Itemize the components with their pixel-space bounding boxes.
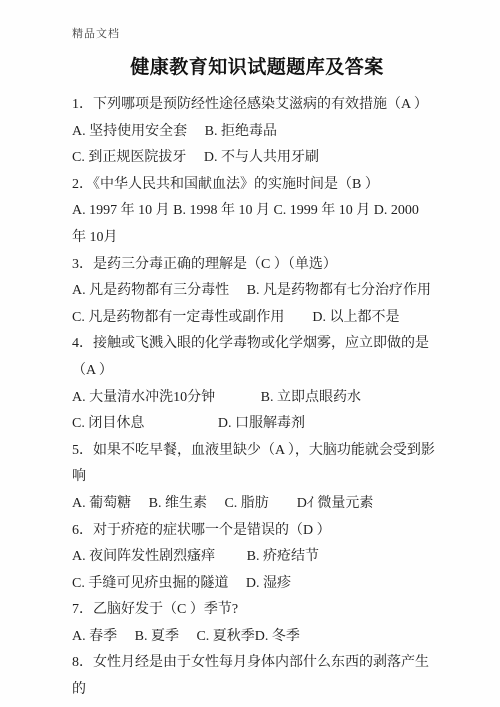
question-5: 5．如果不吃早餐，血液里缺少（A ），大脑功能就会受到影响 A. 葡萄糖 B. … xyxy=(72,438,442,518)
option-line: C. 凡是药物都有一定毒性或副作用 D. 以上都不是 xyxy=(72,305,442,332)
option-line: A. 葡萄糖 B. 维生素 C. 脂肪 Dｲ 微量元素 xyxy=(72,491,442,518)
option-line: C. 手缝可见疥虫掘的隧道 D. 湿疹 xyxy=(72,571,442,598)
page-title: 健康教育知识试题题库及答案 xyxy=(72,52,442,79)
question-stem: 1．下列哪项是预防经性途径感染艾滋病的有效措施（A ） xyxy=(72,92,442,119)
question-stem: 5．如果不吃早餐，血液里缺少（A ），大脑功能就会受到影响 xyxy=(72,438,442,491)
question-6: 6．对于疥疮的症状哪一个是错误的（D ） A. 夜间阵发性剧烈瘙痒 B. 疥疮结… xyxy=(72,518,442,598)
option-line: A. 夜间阵发性剧烈瘙痒 B. 疥疮结节 xyxy=(72,544,442,571)
option-line: A. 凡是药物都有三分毒性 B. 凡是药物都有七分治疗作用 xyxy=(72,278,442,305)
question-stem: 7．乙脑好发于（C ）季节? xyxy=(72,597,442,624)
question-8: 8．女性月经是由于女性每月身体内部什么东西的剥落产生的 xyxy=(72,650,442,703)
option-line: A. 1997 年 10 月 B. 1998 年 10 月 C. 1999 年 … xyxy=(72,198,442,225)
question-stem: 8．女性月经是由于女性每月身体内部什么东西的剥落产生的 xyxy=(72,650,442,703)
watermark-label: 精品文档 xyxy=(72,25,442,41)
question-stem: 2．《中华人民共和国献血法》的实施时间是（B ） xyxy=(72,172,442,199)
question-stem: 3．是药三分毒正确的理解是（C ）（单选） xyxy=(72,252,442,279)
option-line: C. 闭目休息 D. 口服解毒剂 xyxy=(72,411,442,438)
document-page: 精品文档 健康教育知识试题题库及答案 1．下列哪项是预防经性途径感染艾滋病的有效… xyxy=(0,0,500,707)
question-3: 3．是药三分毒正确的理解是（C ）（单选） A. 凡是药物都有三分毒性 B. 凡… xyxy=(72,252,442,332)
question-stem: 6．对于疥疮的症状哪一个是错误的（D ） xyxy=(72,518,442,545)
option-line: A. 大量清水冲洗10分钟 B. 立即点眼药水 xyxy=(72,385,442,412)
option-line-wrap: 年 10月 xyxy=(72,225,442,252)
option-line: C. 到正规医院拔牙 D. 不与人共用牙刷 xyxy=(72,145,442,172)
question-7: 7．乙脑好发于（C ）季节? A. 春季 B. 夏季 C. 夏秋季D. 冬季 xyxy=(72,597,442,650)
question-list: 1．下列哪项是预防经性途径感染艾滋病的有效措施（A ） A. 坚持使用安全套 B… xyxy=(72,92,442,704)
question-stem: 4．接触或飞溅入眼的化学毒物或化学烟雾，应立即做的是（A ） xyxy=(72,331,442,384)
option-line: A. 春季 B. 夏季 C. 夏秋季D. 冬季 xyxy=(72,624,442,651)
question-2: 2．《中华人民共和国献血法》的实施时间是（B ） A. 1997 年 10 月 … xyxy=(72,172,442,252)
question-4: 4．接触或飞溅入眼的化学毒物或化学烟雾，应立即做的是（A ） A. 大量清水冲洗… xyxy=(72,331,442,437)
option-line: A. 坚持使用安全套 B. 拒绝毒品 xyxy=(72,119,442,146)
question-1: 1．下列哪项是预防经性途径感染艾滋病的有效措施（A ） A. 坚持使用安全套 B… xyxy=(72,92,442,172)
